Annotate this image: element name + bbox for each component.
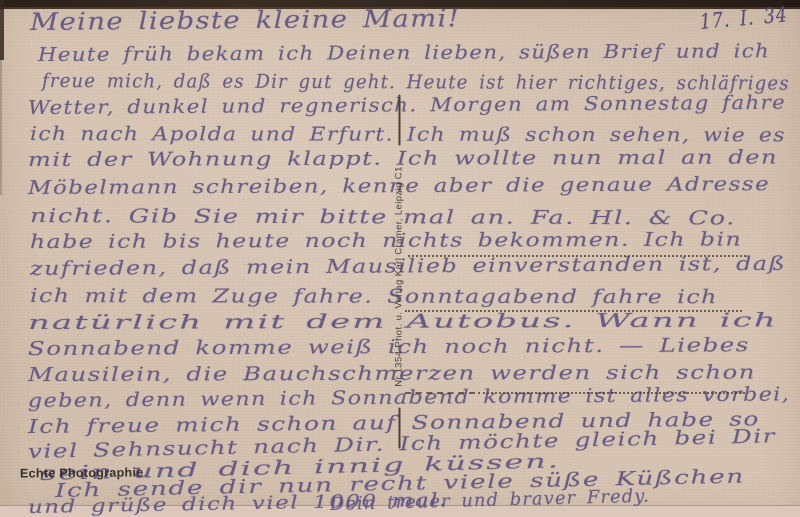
address-dotted-line-3 [478,392,745,394]
handwritten-line: Sonnabend komme weiß ich noch nicht. — L… [28,334,750,360]
divider-line-bottom-segment [398,408,400,449]
address-dotted-line-1 [408,255,746,257]
greeting-line: Meine liebste kleine Mami! [30,4,460,36]
handwritten-line: geben, denn wenn ich Sonnabend komme ist… [28,383,790,412]
handwritten-line: freue mich, daß es Dir gut geht. Heute i… [42,70,790,95]
handwritten-line: ich mit dem Zuge fahre. Sonntagabend fah… [30,285,718,308]
handwritten-line: Heute früh bekam ich Deinen lieben, süße… [38,40,770,66]
printer-imprint-text: Nr.1354 Phot. u. Verlag Karl Cramer, Lei… [394,166,405,387]
printer-imprint: Nr.1354 Phot. u. Verlag Karl Cramer, Lei… [391,95,408,449]
address-dotted-line-2 [405,310,742,312]
handwritten-line: habe ich bis heute noch nichts bekommen.… [30,229,742,253]
handwritten-line: ich nach Apolda und Erfurt. Ich muß scho… [30,123,786,146]
echte-photographie-label: Echte Photographie [20,465,144,480]
address-dashed-segment-3 [405,392,475,394]
handwritten-line: nicht. Gib Sie mir bitte mal an. Fa. Hl.… [30,205,736,229]
postcard-back: Meine liebste kleine Mami! 17. I. 34 Heu… [0,0,800,517]
divider-line-top-segment [398,95,400,146]
card-left-edge [0,0,4,60]
card-left-edge-shadow [0,55,2,195]
